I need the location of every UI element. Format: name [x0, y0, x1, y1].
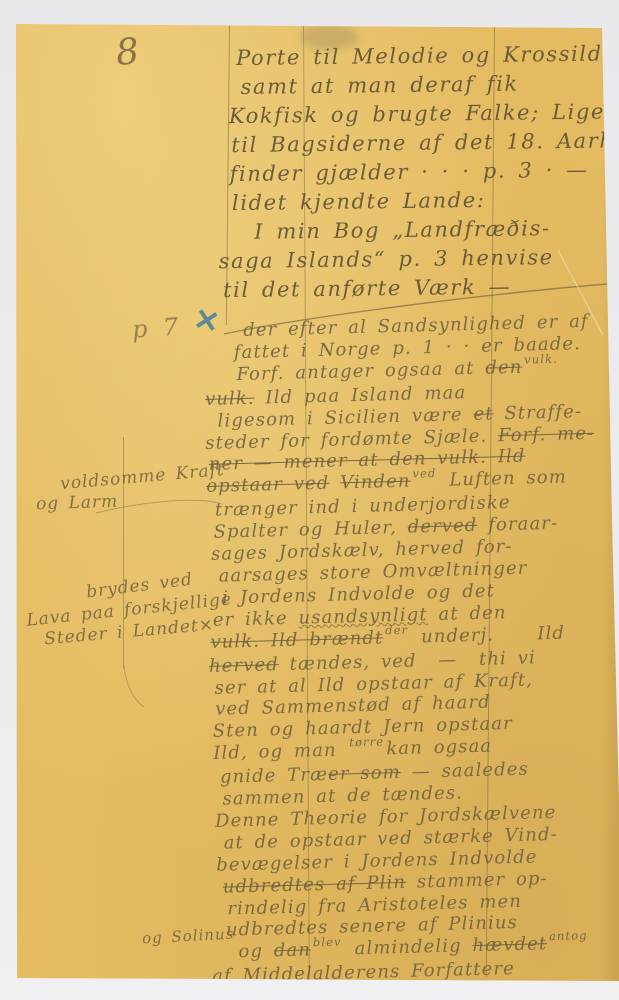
handwritten-text: saga Islands“ p. 3 henvise [219, 245, 554, 273]
handwritten-text: foraar- [477, 513, 558, 536]
handwritten-text: er ikke [213, 607, 299, 630]
inserted-word: der [385, 622, 408, 637]
margin-rule-hook [124, 666, 144, 707]
manuscript-line: lidet kjendte Lande: [232, 184, 619, 218]
margin-note-force-line2: og Larm [36, 492, 119, 515]
struck-text: vulk. [205, 387, 255, 409]
manuscript-line: finder gjælder · · · p. 3 · — [229, 155, 619, 189]
manuscript-line: til det anførte Værk — [223, 271, 619, 305]
struck-text: Forf. me- [498, 422, 595, 446]
handwritten-text: lidet kjendte Lande: [232, 188, 486, 215]
struck-text: herved [209, 654, 279, 677]
handwritten-text: Straffe- [493, 401, 582, 424]
handwritten-text: samt at man deraf fik [240, 72, 519, 99]
struck-text: dan [274, 940, 312, 962]
handwritten-text: gnide Træ [220, 764, 329, 788]
handwritten-text: Kokfisk og brugte Falke; Lige [229, 99, 605, 128]
inserted-word: antog [549, 928, 588, 943]
handwritten-text: Ild, og man [213, 740, 348, 765]
manuscript-line: Porte til Melodie og Krossilden [236, 39, 619, 73]
struck-text: derved [407, 515, 477, 538]
manuscript-line: I min Bog „Landfræðis- [254, 213, 619, 247]
inserted-word: blev [313, 935, 342, 950]
handwritten-text [329, 473, 340, 494]
margin-note-force-line1: voldsomme Kraft [59, 460, 225, 494]
handwritten-text: almindelig [344, 936, 473, 960]
inserted-word: ved [412, 466, 436, 481]
struck-text: Vinden [340, 471, 411, 494]
handwritten-text: underj. Ild [410, 622, 565, 647]
main-text-lower: der efter al Sandsynlighed er affattet i… [240, 311, 608, 987]
handwritten-text: usandsynligt [298, 604, 428, 628]
manuscript-page: 8 p 7 ✕ voldsomme Kraft og Larm brydes v… [0, 0, 619, 1000]
struck-text: vulk. Ild brændt [210, 627, 383, 653]
handwritten-text: til Bagsiderne af det 18. Aarh. [231, 128, 619, 157]
inserted-word: vulk. [524, 352, 558, 367]
struck-text: et [473, 403, 494, 425]
page-ref-note: p 7 [131, 312, 183, 343]
manuscript-line: Kokfisk og brugte Falke; Lige [229, 97, 619, 131]
handwritten-text: og [238, 941, 274, 963]
handwritten-text: stammer op- [406, 868, 548, 893]
handwritten-text: Luften som [438, 467, 567, 491]
handwritten-text: til det anførte Værk — [223, 275, 511, 303]
struck-text: den [485, 356, 523, 378]
inserted-word: tørre [349, 735, 384, 750]
struck-text: hævdet [472, 934, 547, 957]
manuscript-line: samt at man deraf fik [240, 68, 619, 102]
handwritten-text: at den [427, 602, 506, 625]
handwritten-text: finder gjælder · · · p. 3 · — [229, 158, 589, 186]
struck-text: opstaar ved [206, 473, 330, 497]
page-number: 8 [114, 31, 141, 74]
handwritten-text: — saaledes [401, 759, 530, 783]
handwritten-text: Porte til Melodie og Krossilden [236, 41, 619, 70]
manuscript-line: til Bagsiderne af det 18. Aarh. [231, 126, 619, 160]
main-text-upper: Porte til Melodie og Krossildensamt at m… [236, 39, 619, 305]
struck-text: er som [328, 762, 401, 785]
photo-background: 8 p 7 ✕ voldsomme Kraft og Larm brydes v… [0, 0, 619, 1000]
margin-note-solinus: og Solinus [142, 925, 235, 948]
blue-cross-mark: ✕ [191, 302, 223, 341]
handwritten-text: kan ogsaa [386, 736, 492, 760]
handwritten-text: I min Bog „Landfræðis- [254, 216, 551, 244]
